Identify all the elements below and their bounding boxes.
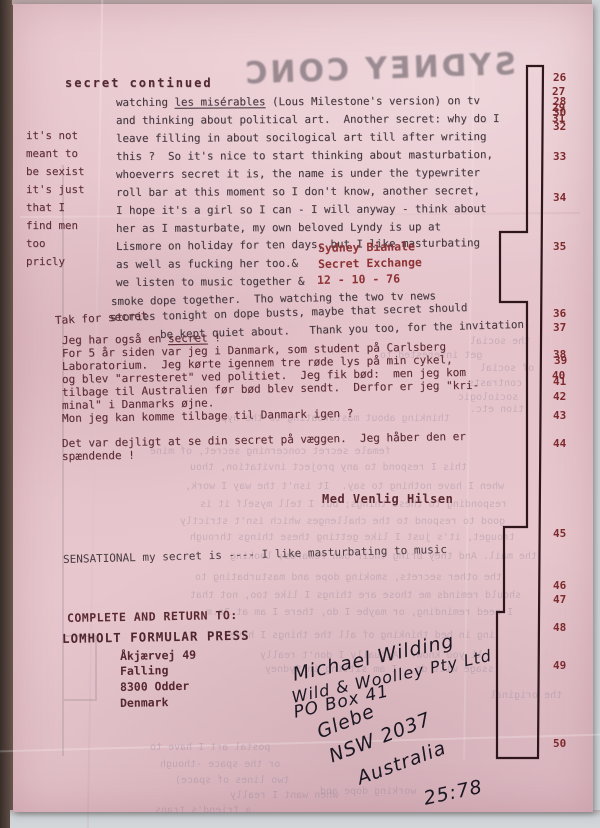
line-number: 33 (553, 150, 566, 163)
line-number: 49 (553, 659, 566, 672)
line-number: 32 (553, 120, 566, 133)
line-number: 45 (553, 527, 566, 540)
line-number: 34 (553, 191, 566, 204)
line-number: 44 (553, 437, 566, 450)
line-number: 50 (553, 737, 566, 750)
line-number: 35 (553, 240, 566, 253)
line-number: 41 (553, 375, 566, 388)
line-number: 48 (553, 621, 566, 634)
line-number: 26 (553, 71, 566, 84)
line-number: 46 (553, 579, 566, 592)
line-number: 42 (553, 390, 566, 403)
line-number: 43 (553, 409, 566, 422)
line-number-bracket (0, 0, 600, 828)
scanned-letter: SYDNEY CONC the socialget interested too… (0, 0, 600, 828)
line-number: 47 (553, 593, 566, 606)
line-number: 37 (553, 321, 566, 334)
line-number: 39 (554, 354, 567, 367)
line-number: 36 (553, 307, 566, 320)
